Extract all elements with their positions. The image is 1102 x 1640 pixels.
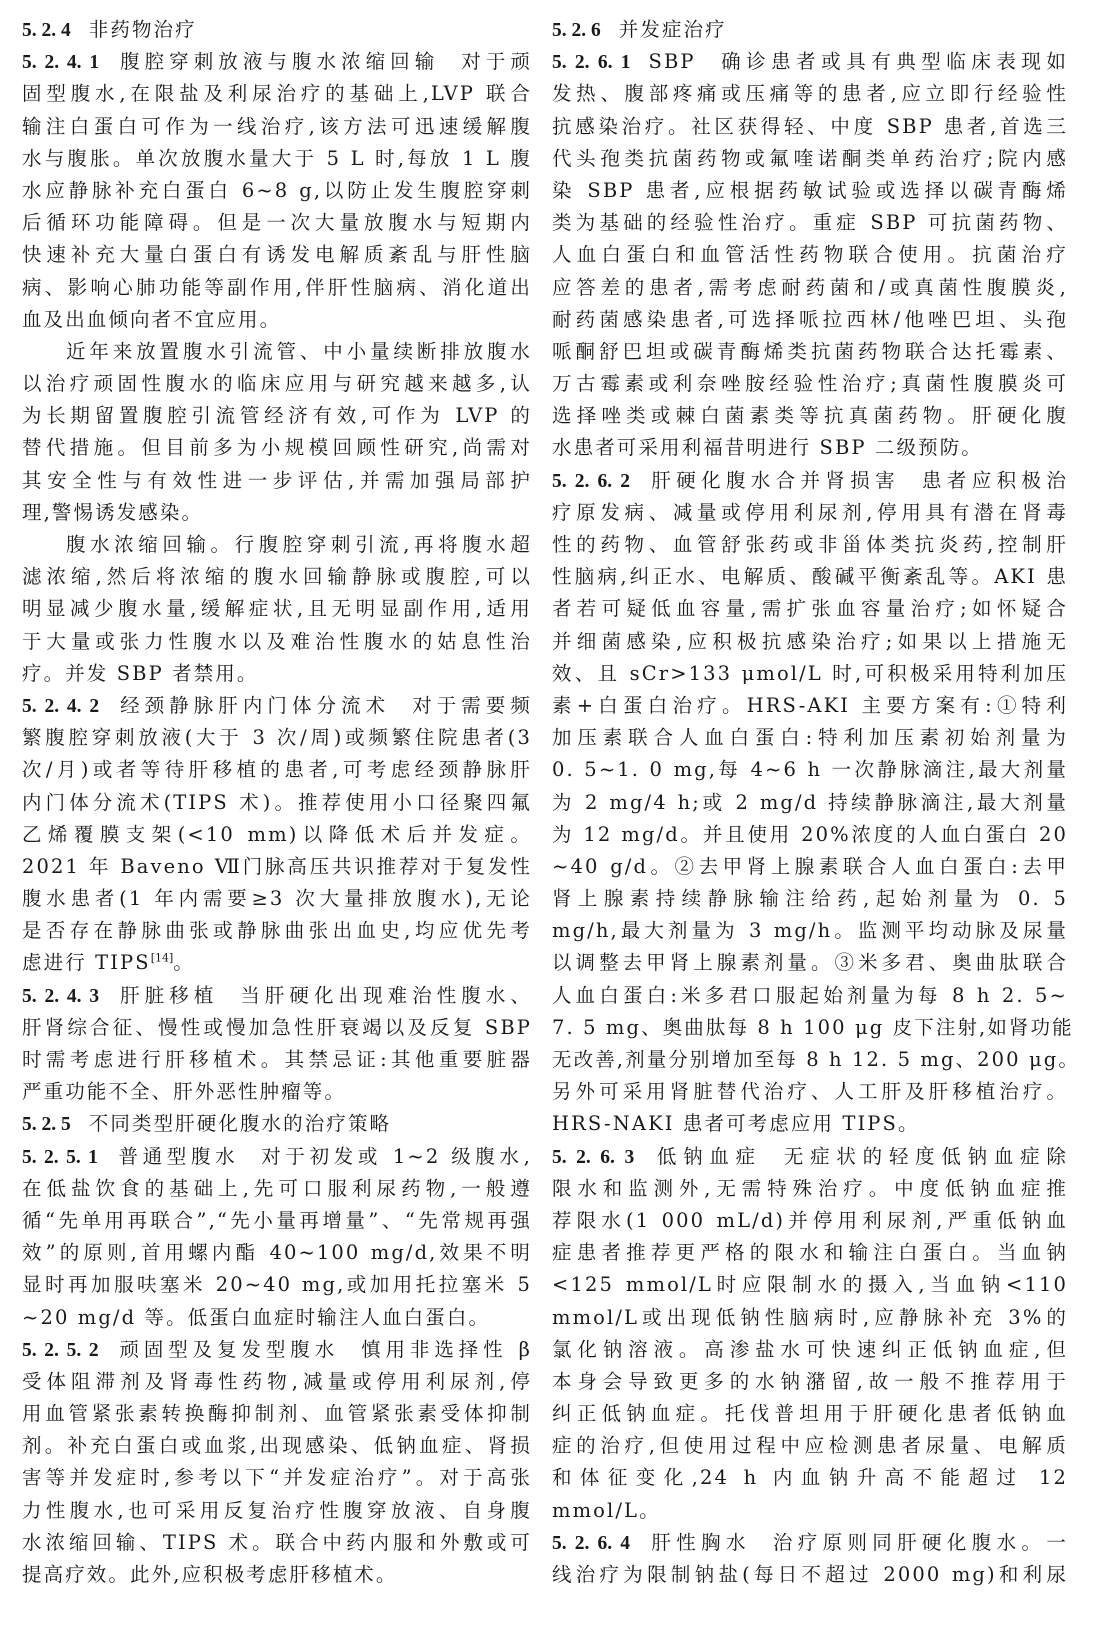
- paragraph-first-line: 腹水浓缩回输。行腹腔穿刺引流,再将腹水超: [22, 529, 532, 561]
- text-line: mg/h,最大剂量为 3 mg/h。监测平均动脉及尿量: [552, 915, 1068, 947]
- text-line: 性的药物、血管舒张药或非甾体类抗炎药,控制肝: [552, 529, 1068, 561]
- section-heading: 5. 2. 6并发症治疗: [552, 14, 1068, 46]
- section-number: 5. 2. 6. 4: [552, 1533, 630, 1554]
- text-line: 代头孢类抗菌药物或氟喹诺酮类单药治疗;院内感: [552, 143, 1068, 175]
- text-line: 水应静脉补充白蛋白 6~8 g,以防止发生腹腔穿刺: [22, 175, 532, 207]
- text-line: 肝肾综合征、慢性或慢加急性肝衰竭以及反复 SBP: [22, 1012, 532, 1044]
- text-line: 滤浓缩,然后将浓缩的腹水回输静脉或腹腔,可以: [22, 561, 532, 593]
- section-number: 5. 2. 6. 1: [552, 52, 631, 73]
- body-text: 治疗原则同肝硬化腹水。一: [773, 1531, 1068, 1554]
- body-text: 。: [173, 951, 195, 974]
- body-text: 对于初发或 1~2 级腹水,: [261, 1145, 532, 1168]
- section-heading: 5. 2. 6. 4肝性胸水治疗原则同肝硬化腹水。一: [552, 1527, 1068, 1559]
- citation-reference[interactable]: [14]: [151, 952, 174, 965]
- text-line: 繁腹腔穿刺放液(大于 3 次/周)或频繁住院患者(3: [22, 722, 532, 754]
- section-title: 低钠血症: [652, 1145, 762, 1168]
- text-line: 其安全性与有效性进一步评估,并需加强局部护: [22, 465, 532, 497]
- text-line: 腹水患者(1 年内需要≥3 次大量排放腹水),无论: [22, 883, 532, 915]
- text-line: ~20 mg/d 等。低蛋白血症时输注人血白蛋白。: [22, 1302, 532, 1334]
- section-number: 5. 2. 6. 3: [552, 1147, 634, 1168]
- text-line: 氯化钠溶液。高渗盐水可快速纠正低钠血症,但: [552, 1334, 1068, 1366]
- section-heading: 5. 2. 4. 2经颈静脉肝内门体分流术对于需要频: [22, 690, 532, 722]
- text-line: 快速补充大量白蛋白有诱发电解质紊乱与肝性脑: [22, 239, 532, 271]
- text-line: 乙烯覆膜支架(<10 mm)以降低术后并发症。: [22, 819, 532, 851]
- section-title: 经颈静脉肝内门体分流术: [117, 694, 390, 717]
- text-line: 发热、腹部疼痛或压痛等的患者,应立即行经验性: [552, 78, 1068, 110]
- text-line: 次/月)或者等待肝移植的患者,可考虑经颈静脉肝: [22, 754, 532, 786]
- text-line: 耐药菌感染患者,可选择哌拉西林/他唑巴坦、头孢: [552, 304, 1068, 336]
- text-line: 以调整去甲肾上腺素剂量。③米多君、奥曲肽联合: [552, 947, 1068, 979]
- text-line: 明显减少腹水量,缓解症状,且无明显副作用,适用: [22, 593, 532, 625]
- text-line: 是否存在静脉曲张或静脉曲张出血史,均应优先考: [22, 915, 532, 947]
- section-title: 顽固型及复发型腹水: [117, 1338, 339, 1361]
- body-text: 虑进行 TIPS: [22, 951, 151, 974]
- text-line: 以治疗顽固性腹水的临床应用与研究越来越多,认: [22, 368, 532, 400]
- text-line: 内门体分流术(TIPS 术)。推荐使用小口径聚四氟: [22, 787, 532, 819]
- text-line: 症患者推荐更严格的限水和输注白蛋白。当血钠: [552, 1237, 1068, 1269]
- text-line: 7. 5 mg、奥曲肽每 8 h 100 μg 皮下注射,如肾功能: [552, 1012, 1068, 1044]
- text-line: 肾上腺素持续静脉输注给药,起始剂量为 0. 5: [552, 883, 1068, 915]
- text-line: 虑进行 TIPS[14]。: [22, 947, 532, 979]
- body-text: 对于需要频: [412, 694, 532, 717]
- text-line: 应答差的患者,需考虑耐药菌和/或真菌性腹膜炎,: [552, 272, 1068, 304]
- text-line: 性脑病,纠正水、电解质、酸碱平衡紊乱等。AKI 患: [552, 561, 1068, 593]
- text-line: <125 mmol/L时应限制水的摄入,当血钠<110: [552, 1269, 1068, 1301]
- text-line: 替代措施。但目前多为小规模回顾性研究,尚需对: [22, 432, 532, 464]
- section-number: 5. 2. 4. 2: [22, 696, 99, 717]
- section-title: 非药物治疗: [89, 18, 197, 41]
- text-line: 和体征变化,24 h 内血钠升高不能超过 12: [552, 1462, 1068, 1494]
- text-line: 水浓缩回输、TIPS 术。联合中药内服和外敷或可: [22, 1527, 532, 1559]
- section-title: 并发症治疗: [619, 18, 727, 41]
- text-line: 为 12 mg/d。并且使用 20%浓度的人血白蛋白 20: [552, 819, 1068, 851]
- text-line: 人血白蛋白和血管活性药物联合使用。抗菌治疗: [552, 239, 1068, 271]
- body-text: 当肝硬化出现难治性腹水、: [240, 984, 532, 1007]
- text-line: 线治疗为限制钠盐(每日不超过 2000 mg)和利尿: [552, 1559, 1068, 1591]
- text-line: 类为基础的经验性治疗。重症 SBP 可抗菌药物、: [552, 207, 1068, 239]
- text-line: 显时再加服呋塞米 20~40 mg,或加用托拉塞米 5: [22, 1269, 532, 1301]
- section-title: SBP: [649, 50, 696, 73]
- body-text: 患者应积极治: [922, 469, 1068, 492]
- text-line: 于大量或张力性腹水以及难治性腹水的姑息性治: [22, 626, 532, 658]
- text-line: 提高疗效。此外,应积极考虑肝移植术。: [22, 1559, 532, 1591]
- section-title: 不同类型肝硬化腹水的治疗策略: [89, 1112, 391, 1135]
- text-line: 本身会导致更多的水钠潴留,故一般不推荐用于: [552, 1366, 1068, 1398]
- section-number: 5. 2. 5. 1: [22, 1147, 98, 1168]
- text-line: 0. 5~1. 0 mg,每 4~6 h 一次静脉滴注,最大剂量: [552, 754, 1068, 786]
- section-number: 5. 2. 4. 3: [22, 986, 99, 1007]
- text-line: 为长期留置腹腔引流管经济有效,可作为 LVP 的: [22, 400, 532, 432]
- section-title: 腹腔穿刺放液与腹水浓缩回输: [117, 50, 439, 73]
- section-heading: 5. 2. 4. 3肝脏移植当肝硬化出现难治性腹水、: [22, 980, 532, 1012]
- text-line: 循“先单用再联合”,“先小量再增量”、“先常规再强: [22, 1205, 532, 1237]
- body-text: 无症状的轻度低钠血症除: [784, 1145, 1068, 1168]
- text-line: 症的治疗,但使用过程中应检测患者尿量、电解质: [552, 1430, 1068, 1462]
- text-line: 输注白蛋白可作为一线治疗,该方法可迅速缓解腹: [22, 111, 532, 143]
- text-line: 病、影响心肺功能等副作用,伴肝性脑病、消化道出: [22, 272, 532, 304]
- right-column: 5. 2. 6并发症治疗5. 2. 6. 1SBP确诊患者或具有典型临床表现如发…: [552, 14, 1068, 1591]
- section-heading: 5. 2. 5. 2顽固型及复发型腹水慎用非选择性 β: [22, 1334, 532, 1366]
- section-title: 肝性胸水: [648, 1531, 751, 1554]
- text-line: 在低盐饮食的基础上,先可口服利尿药物,一般遵: [22, 1173, 532, 1205]
- text-line: 万古霉素或利奈唑胺经验性治疗;真菌性腹膜炎可: [552, 368, 1068, 400]
- text-line: 无改善,剂量分别增加至每 8 h 12. 5 mg、200 μg。: [552, 1044, 1068, 1076]
- text-line: 严重功能不全、肝外恶性肿瘤等。: [22, 1076, 532, 1108]
- text-line: HRS-NAKI 患者可考虑应用 TIPS。: [552, 1108, 1068, 1140]
- text-line: 选择唑类或棘白菌素类等抗真菌药物。肝硬化腹: [552, 400, 1068, 432]
- text-line: 用血管紧张素转换酶抑制剂、血管紧张素受体抑制: [22, 1398, 532, 1430]
- text-line: 后循环功能障碍。但是一次大量放腹水与短期内: [22, 207, 532, 239]
- section-heading: 5. 2. 6. 1SBP确诊患者或具有典型临床表现如: [552, 46, 1068, 78]
- section-heading: 5. 2. 6. 2肝硬化腹水合并肾损害患者应积极治: [552, 465, 1068, 497]
- section-number: 5. 2. 5. 2: [22, 1340, 99, 1361]
- text-line: 力性腹水,也可采用反复治疗性腹穿放液、自身腹: [22, 1495, 532, 1527]
- text-line: 理,警惕诱发感染。: [22, 497, 532, 529]
- text-line: 受体阻滞剂及肾毒性药物,减量或停用利尿剂,停: [22, 1366, 532, 1398]
- text-line: 2021 年 Baveno Ⅶ门脉高压共识推荐对于复发性: [22, 851, 532, 883]
- text-line: 哌酮舒巴坦或碳青酶烯类抗菌药物联合达托霉素、: [552, 336, 1068, 368]
- text-line: 另外可采用肾脏替代治疗、人工肝及肝移植治疗。: [552, 1076, 1068, 1108]
- text-line: ~40 g/d。②去甲肾上腺素联合人血白蛋白:去甲: [552, 851, 1068, 883]
- text-line: 染 SBP 患者,应根据药敏试验或选择以碳青酶烯: [552, 175, 1068, 207]
- section-heading: 5. 2. 4非药物治疗: [22, 14, 532, 46]
- section-title: 肝脏移植: [117, 984, 218, 1007]
- paragraph-first-line: 近年来放置腹水引流管、中小量续断排放腹水: [22, 336, 532, 368]
- text-line: 疗。并发 SBP 者禁用。: [22, 658, 532, 690]
- text-line: 人血白蛋白:米多君口服起始剂量为每 8 h 2. 5~: [552, 980, 1068, 1012]
- text-line: 剂。补充白蛋白或血浆,出现感染、低钠血症、肾损: [22, 1430, 532, 1462]
- text-line: 限水和监测外,无需特殊治疗。中度低钠血症推: [552, 1173, 1068, 1205]
- text-line: 固型腹水,在限盐及利尿治疗的基础上,LVP 联合: [22, 78, 532, 110]
- text-line: 纠正低钠血症。托伐普坦用于肝硬化患者低钠血: [552, 1398, 1068, 1430]
- text-line: mmol/L或出现低钠性脑病时,应静脉补充 3%的: [552, 1302, 1068, 1334]
- body-text: 慎用非选择性 β: [361, 1338, 532, 1361]
- text-line: 加压素联合人血白蛋白:特利加压素初始剂量为: [552, 722, 1068, 754]
- text-line: 抗感染治疗。社区获得轻、中度 SBP 患者,首选三: [552, 111, 1068, 143]
- text-line: mmol/L。: [552, 1495, 1068, 1527]
- text-line: 者若可疑低血容量,需扩张血容量治疗;如怀疑合: [552, 593, 1068, 625]
- text-line: 效、且 sCr>133 μmol/L 时,可积极采用特利加压: [552, 658, 1068, 690]
- section-number: 5. 2. 6. 2: [552, 471, 630, 492]
- section-number: 5. 2. 6: [552, 20, 601, 41]
- text-line: 素+白蛋白治疗。HRS-AKI 主要方案有:①特利: [552, 690, 1068, 722]
- section-title: 肝硬化腹水合并肾损害: [648, 469, 900, 492]
- text-line: 荐限水(1 000 mL/d)并停用利尿剂,严重低钠血: [552, 1205, 1068, 1237]
- section-heading: 5. 2. 5. 1普通型腹水对于初发或 1~2 级腹水,: [22, 1141, 532, 1173]
- text-line: 并细菌感染,应积极抗感染治疗;如果以上措施无: [552, 626, 1068, 658]
- section-title: 普通型腹水: [116, 1145, 239, 1168]
- text-line: 水患者可采用利福昔明进行 SBP 二级预防。: [552, 432, 1068, 464]
- body-text: 确诊患者或具有典型临床表现如: [718, 50, 1068, 73]
- section-heading: 5. 2. 6. 3低钠血症无症状的轻度低钠血症除: [552, 1141, 1068, 1173]
- text-line: 血及出血倾向者不宜应用。: [22, 304, 532, 336]
- section-number: 5. 2. 5: [22, 1114, 71, 1135]
- left-column: 5. 2. 4非药物治疗5. 2. 4. 1腹腔穿刺放液与腹水浓缩回输对于顽固型…: [22, 14, 532, 1591]
- section-number: 5. 2. 4. 1: [22, 52, 99, 73]
- body-text: 对于顽: [461, 50, 532, 73]
- text-line: 效”的原则,首用螺内酯 40~100 mg/d,效果不明: [22, 1237, 532, 1269]
- text-line: 疗原发病、减量或停用利尿剂,停用具有潜在肾毒: [552, 497, 1068, 529]
- section-heading: 5. 2. 5不同类型肝硬化腹水的治疗策略: [22, 1108, 532, 1140]
- text-line: 水与腹胀。单次放腹水量大于 5 L 时,每放 1 L 腹: [22, 143, 532, 175]
- text-line: 为 2 mg/4 h;或 2 mg/d 持续静脉滴注,最大剂量: [552, 787, 1068, 819]
- section-heading: 5. 2. 4. 1腹腔穿刺放液与腹水浓缩回输对于顽: [22, 46, 532, 78]
- text-line: 害等并发症时,参考以下“并发症治疗”。对于高张: [22, 1462, 532, 1494]
- section-number: 5. 2. 4: [22, 20, 71, 41]
- text-line: 时需考虑进行肝移植术。其禁忌证:其他重要脏器: [22, 1044, 532, 1076]
